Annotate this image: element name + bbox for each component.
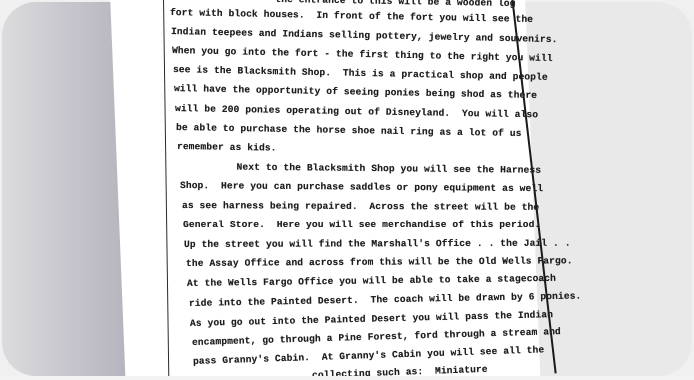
text-line: Next to the Blacksmith Shop you will see…: [178, 161, 541, 176]
text-line: pass Granny's Cabin. At Granny's Cabin y…: [193, 344, 545, 367]
text-line: When you go into the fort - the first th…: [172, 45, 553, 64]
text-line: Up the street you will find the Marshall…: [184, 238, 571, 250]
text-line: General Store. Here you will see merchan…: [183, 219, 540, 230]
bottom-margin: [0, 376, 694, 380]
document-viewer: the entrance to this will be a wooden lo…: [0, 0, 694, 380]
text-line: see is the Blacksmith Shop. This is a pr…: [173, 64, 548, 83]
text-line: remember as kids.: [177, 141, 277, 154]
text-line: At the Wells Fargo Office you will be ab…: [187, 273, 556, 289]
text-line: Indian teepees and Indians selling potte…: [171, 26, 558, 45]
text-line: be able to purchase the horse shoe nail …: [176, 122, 522, 139]
text-line: as see harness being repaired. Across th…: [182, 200, 539, 213]
document-text: the entrance to this will be a wooden lo…: [0, 0, 694, 380]
text-line: Shop. Here you can purchase saddles or p…: [180, 180, 543, 194]
text-line: fort with block houses. In front of the …: [170, 7, 533, 25]
text-line: will be 200 ponies operating out of Disn…: [175, 103, 538, 120]
text-line: As you go out into the Painted Desert yo…: [190, 309, 553, 329]
text-line: will have the opportunity of seeing poni…: [174, 83, 537, 101]
text-line: ride into the Painted Desert. The coach …: [189, 290, 582, 309]
text-line: the Assay Office and across from this wi…: [186, 255, 573, 269]
